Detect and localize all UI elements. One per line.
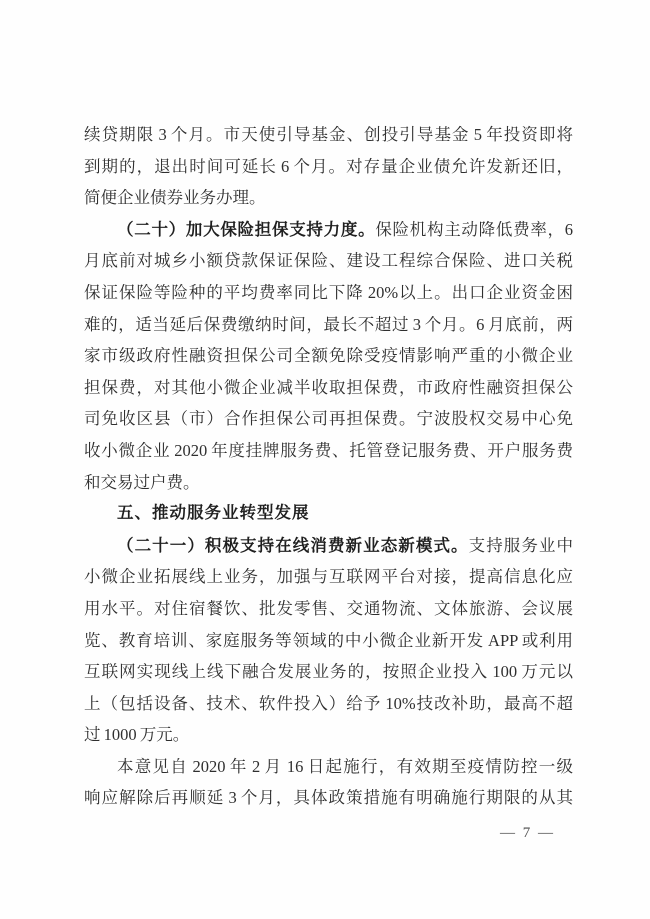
text-line: （二十一）积极支持在线消费新业态新模式。支持服务业中: [84, 530, 573, 562]
heading-section-5-service-industry: 五、推动服务业转型发展: [84, 498, 573, 530]
paragraph-renewal-continued: 续贷期限 3 个月。市天使引导基金、创投引导基金 5 年投资即将到期的，退出时间…: [84, 119, 573, 214]
text-line: 上（包括设备、技术、软件投入）给予 10%技改补助，最高不超: [84, 688, 573, 720]
page-number: — 7 —: [84, 825, 573, 842]
body-text: 难的，适当延后保费缴纳时间，最长不超过 3 个月。6 月底前，两: [84, 315, 573, 334]
text-line: 司免收区县（市）合作担保公司再担保费。宁波股权交易中心免: [84, 403, 573, 435]
text-line: 互联网实现线上线下融合发展业务的，按照企业投入 100 万元以: [84, 656, 573, 688]
text-line: 和交易过户费。: [84, 467, 573, 499]
text-line: 续贷期限 3 个月。市天使引导基金、创投引导基金 5 年投资即将: [84, 119, 573, 151]
body-text: 司免收区县（市）合作担保公司再担保费。宁波股权交易中心免: [84, 409, 573, 428]
body-text: 用水平。对住宿餐饮、批发零售、交通物流、文体旅游、会议展: [84, 599, 573, 618]
emphasis-text: （二十）加大保险担保支持力度。: [117, 220, 375, 239]
body-text: 收小微企业 2020 年度挂牌服务费、托管登记服务费、开户服务费: [84, 441, 573, 460]
paragraph-effective-date: 本意见自 2020 年 2 月 16 日起施行，有效期至疫情防控一级响应解除后再…: [84, 751, 573, 814]
body-text: 保证保险等险种的平均费率同比下降 20%以上。出口企业资金困: [84, 283, 573, 302]
text-line: 过 1000 万元。: [84, 719, 573, 751]
text-line: （二十）加大保险担保支持力度。保险机构主动降低费率，6: [84, 214, 573, 246]
paragraph-item-20-insurance-guarantee: （二十）加大保险担保支持力度。保险机构主动降低费率，6月底前对城乡小额贷款保证保…: [84, 214, 573, 498]
text-line: 五、推动服务业转型发展: [84, 498, 573, 530]
text-line: 到期的，退出时间可延长 6 个月。对存量企业债允许发新还旧，: [84, 151, 573, 183]
body-text: 简便企业债券业务办理。: [84, 188, 266, 207]
body-text: 上（包括设备、技术、软件投入）给予 10%技改补助，最高不超: [84, 694, 573, 713]
body-text: 支持服务业中: [469, 536, 573, 555]
emphasis-text: 五、推动服务业转型发展: [117, 504, 310, 522]
body-text: 过 1000 万元。: [84, 725, 189, 744]
text-line: 本意见自 2020 年 2 月 16 日起施行，有效期至疫情防控一级: [84, 751, 573, 783]
body-text: 和交易过户费。: [84, 473, 200, 492]
text-line: 难的，适当延后保费缴纳时间，最长不超过 3 个月。6 月底前，两: [84, 309, 573, 341]
text-line: 家市级政府性融资担保公司全额免除受疫情影响严重的小微企业: [84, 340, 573, 372]
body-text: 月底前对城乡小额贷款保证保险、建设工程综合保险、进口关税: [84, 251, 573, 270]
paragraph-item-21-online-consumption: （二十一）积极支持在线消费新业态新模式。支持服务业中小微企业拓展线上业务，加强与…: [84, 530, 573, 751]
body-text: 响应解除后再顺延 3 个月，具体政策措施有明确施行期限的从其: [84, 788, 573, 807]
text-line: 担保费，对其他小微企业减半收取担保费，市政府性融资担保公: [84, 372, 573, 404]
emphasis-text: （二十一）积极支持在线消费新业态新模式。: [117, 536, 469, 555]
body-text: 续贷期限 3 个月。市天使引导基金、创投引导基金 5 年投资即将: [84, 125, 573, 144]
body-text: 到期的，退出时间可延长 6 个月。对存量企业债允许发新还旧，: [84, 157, 573, 176]
body-text: 担保费，对其他小微企业减半收取担保费，市政府性融资担保公: [84, 378, 573, 397]
text-line: 小微企业拓展线上业务，加强与互联网平台对接，提高信息化应: [84, 561, 573, 593]
document-body: 续贷期限 3 个月。市天使引导基金、创投引导基金 5 年投资即将到期的，退出时间…: [84, 119, 573, 814]
body-text: 互联网实现线上线下融合发展业务的，按照企业投入 100 万元以: [84, 662, 573, 681]
text-line: 用水平。对住宿餐饮、批发零售、交通物流、文体旅游、会议展: [84, 593, 573, 625]
text-line: 响应解除后再顺延 3 个月，具体政策措施有明确施行期限的从其: [84, 782, 573, 814]
body-text: 览、教育培训、家庭服务等领域的中小微企业新开发 APP 或利用: [84, 631, 573, 650]
document-page: 续贷期限 3 个月。市天使引导基金、创投引导基金 5 年投资即将到期的，退出时间…: [0, 0, 650, 919]
text-line: 收小微企业 2020 年度挂牌服务费、托管登记服务费、开户服务费: [84, 435, 573, 467]
body-text: 保险机构主动降低费率，6: [375, 220, 573, 239]
text-line: 览、教育培训、家庭服务等领域的中小微企业新开发 APP 或利用: [84, 625, 573, 657]
text-line: 月底前对城乡小额贷款保证保险、建设工程综合保险、进口关税: [84, 245, 573, 277]
body-text: 小微企业拓展线上业务，加强与互联网平台对接，提高信息化应: [84, 567, 573, 586]
body-text: 本意见自 2020 年 2 月 16 日起施行，有效期至疫情防控一级: [117, 757, 573, 776]
text-line: 简便企业债券业务办理。: [84, 182, 573, 214]
body-text: 家市级政府性融资担保公司全额免除受疫情影响严重的小微企业: [84, 346, 573, 365]
text-line: 保证保险等险种的平均费率同比下降 20%以上。出口企业资金困: [84, 277, 573, 309]
